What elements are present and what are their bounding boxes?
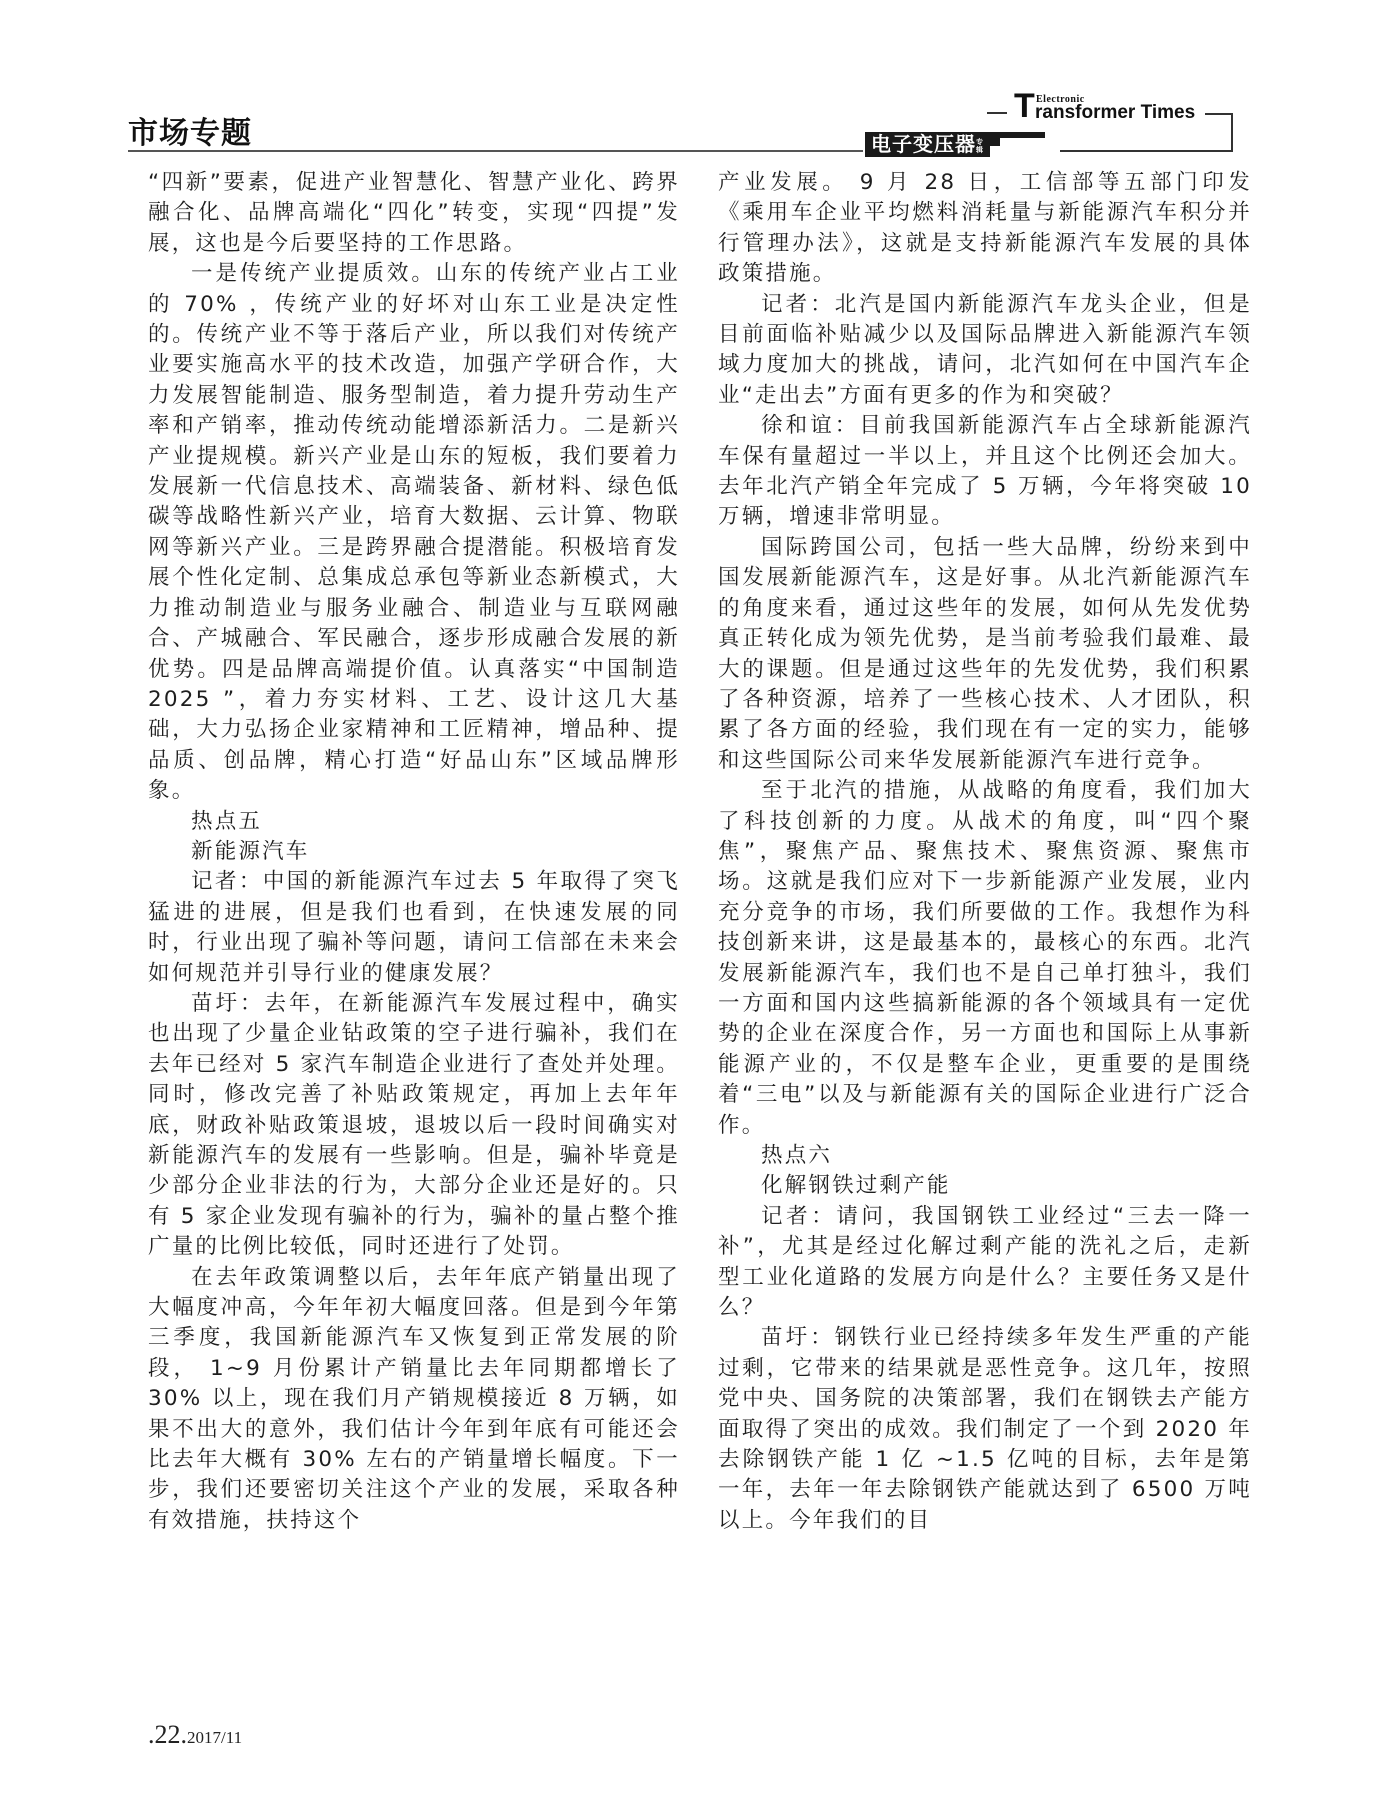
article-column-left: “四新”要素，促进产业智慧化、智慧产业化、跨界融合化、品牌高端化“四化”转变，实… — [148, 168, 680, 1536]
brand-cn-box: 电子变压器专辑 — [865, 132, 990, 157]
brand-bracket-h — [1205, 113, 1233, 115]
paragraph: 一是传统产业提质效。山东的传统产业占工业的 70% ，传统产业的好坏对山东工业是… — [148, 259, 680, 806]
brand-cn-title: 电子变压器 — [871, 132, 976, 156]
header-rule-right — [1060, 150, 1232, 152]
paragraph: 热点六 — [718, 1141, 1252, 1171]
paragraph: 化解钢铁过剩产能 — [718, 1171, 1252, 1201]
paragraph: 记者：中国的新能源汽车过去 5 年取得了突飞猛进的进展，但是我们也看到，在快速发… — [148, 867, 680, 989]
paragraph: 徐和谊：目前我国新能源汽车占全球新能源汽车保有量超过一半以上，并且这个比例还会加… — [718, 411, 1252, 533]
paragraph: 记者：请问，我国钢铁工业经过“三去一降一补”，尤其是经过化解过剩产能的洗礼之后，… — [718, 1202, 1252, 1324]
paragraph: 新能源汽车 — [148, 837, 680, 867]
paragraph: 热点五 — [148, 807, 680, 837]
article-column-right: 产业发展。 9 月 28 日，工信部等五部门印发《乘用车企业平均燃料消耗量与新能… — [718, 168, 1252, 1536]
brand-initial: T — [1014, 89, 1035, 123]
paragraph: 产业发展。 9 月 28 日，工信部等五部门印发《乘用车企业平均燃料消耗量与新能… — [718, 168, 1252, 290]
header-rule-left — [128, 150, 863, 152]
page-number: .22. — [148, 1720, 187, 1749]
section-title: 市场专题 — [128, 108, 252, 152]
brand-transformer-times: ransformer Times — [1035, 103, 1195, 123]
page-footer: .22.2017/11 — [148, 1720, 242, 1750]
brand-cn-small: 专辑 — [976, 138, 984, 154]
paragraph: 记者：北汽是国内新能源汽车龙头企业，但是目前面临补贴减少以及国际品牌进入新能源汽… — [718, 290, 1252, 412]
brand-bracket-v — [1231, 113, 1233, 152]
brand-dash — [987, 112, 1007, 114]
paragraph: 苗圩：去年，在新能源汽车发展过程中，确实也出现了少量企业钻政策的空子进行骗补，我… — [148, 989, 680, 1263]
paragraph: 至于北汽的措施，从战略的角度看，我们加大了科技创新的力度。从战术的角度，叫“四个… — [718, 776, 1252, 1141]
issue-date: 2017/11 — [187, 1728, 242, 1747]
paragraph: 国际跨国公司，包括一些大品牌，纷纷来到中国发展新能源汽车，这是好事。从北汽新能源… — [718, 533, 1252, 776]
paragraph: 在去年政策调整以后，去年年底产销量出现了大幅度冲高，今年年初大幅度回落。但是到今… — [148, 1263, 680, 1537]
paragraph: “四新”要素，促进产业智慧化、智慧产业化、跨界融合化、品牌高端化“四化”转变，实… — [148, 168, 680, 259]
paragraph: 苗圩：钢铁行业已经持续多年发生严重的产能过剩，它带来的结果就是恶性竞争。这几年，… — [718, 1323, 1252, 1536]
